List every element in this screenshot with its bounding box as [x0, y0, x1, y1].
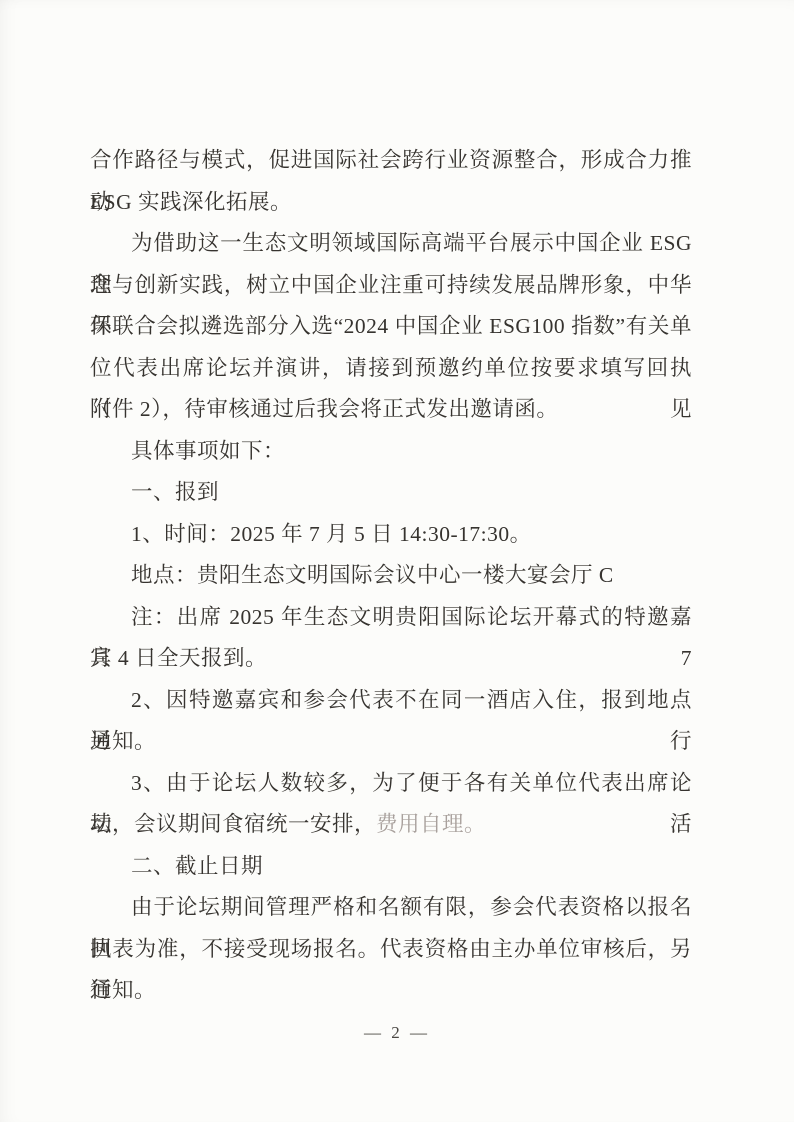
text-run: 月 4 日全天报到。 [90, 646, 267, 670]
text-line: 1、时间：2025 年 7 月 5 日 14:30-17:30。 [90, 514, 692, 556]
text-run: 2、因特邀嘉宾和参会代表不在同一酒店入住，报到地点另行 [90, 688, 692, 754]
text-run: 地点：贵阳生态文明国际会议中心一楼大宴会厅 C [131, 563, 614, 587]
light-text-run: 费用自理。 [376, 812, 486, 836]
text-line: 二、截止日期 [90, 846, 692, 888]
text-run: 一、报到 [131, 480, 219, 504]
page-number: — 2 — [0, 1023, 794, 1043]
text-line: 由于论坛期间管理严格和名额有限，参会代表资格以报名回 [90, 887, 692, 929]
text-line: 地点：贵阳生态文明国际会议中心一楼大宴会厅 C [90, 555, 692, 597]
text-run: 通知。 [90, 978, 156, 1002]
text-line: 注：出席 2025 年生态文明贵阳国际论坛开幕式的特邀嘉宾 7 [90, 597, 692, 639]
text-run: 具体事项如下： [131, 439, 285, 463]
text-line: 具体事项如下： [90, 431, 692, 473]
text-run: 通知。 [90, 729, 156, 753]
text-line: 通知。 [90, 970, 692, 1012]
text-line: 保联合会拟遴选部分入选“2024 中国企业 ESG100 指数”有关单 [90, 306, 692, 348]
text-line: 一、报到 [90, 472, 692, 514]
document-page: 合作路径与模式，促进国际社会跨行业资源整合，形成合力推动ESG 实践深化拓展。为… [0, 0, 794, 1122]
text-run: 1、时间：2025 年 7 月 5 日 14:30-17:30。 [131, 522, 532, 546]
text-line: 2、因特邀嘉宾和参会代表不在同一酒店入住，报到地点另行 [90, 680, 692, 722]
text-run: ESG 实践深化拓展。 [90, 190, 292, 214]
text-line: 3、由于论坛人数较多，为了便于各有关单位代表出席论坛活 [90, 763, 692, 805]
text-run: 二、截止日期 [131, 854, 263, 878]
text-line: 执表为准，不接受现场报名。代表资格由主办单位审核后，另行 [90, 929, 692, 971]
text-line: 念与创新实践，树立中国企业注重可持续发展品牌形象，中华环 [90, 265, 692, 307]
document-body: 合作路径与模式，促进国际社会跨行业资源整合，形成合力推动ESG 实践深化拓展。为… [90, 140, 692, 1012]
text-run: 动，会议期间食宿统一安排， [90, 812, 376, 836]
text-line: 合作路径与模式，促进国际社会跨行业资源整合，形成合力推动 [90, 140, 692, 182]
text-line: 位代表出席论坛并演讲，请接到预邀约单位按要求填写回执（见 [90, 348, 692, 390]
text-line: 为借助这一生态文明领域国际高端平台展示中国企业 ESG 理 [90, 223, 692, 265]
text-line: ESG 实践深化拓展。 [90, 182, 692, 224]
text-run: 保联合会拟遴选部分入选“2024 中国企业 ESG100 指数”有关单 [90, 314, 692, 338]
text-run: 附件 2），待审核通过后我会将正式发出邀请函。 [90, 397, 558, 421]
